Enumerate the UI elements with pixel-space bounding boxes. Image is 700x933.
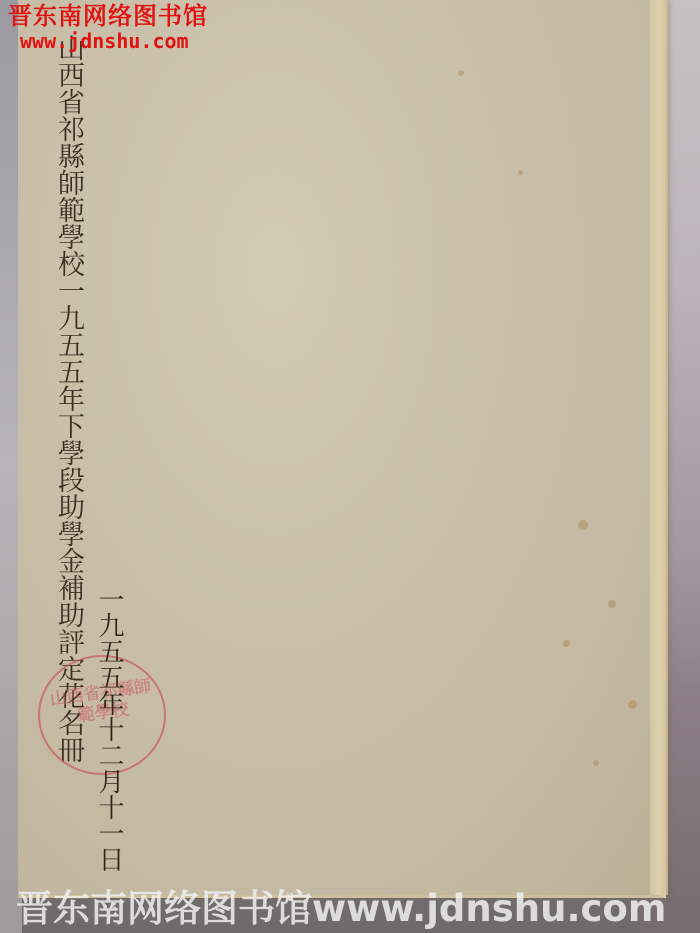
page-stack-edge — [650, 0, 668, 895]
stain — [593, 760, 599, 766]
stain — [578, 520, 588, 530]
watermark-top: 晋东南网络图书馆 www.jdnshu.com — [8, 2, 208, 52]
watermark-top-url: www.jdnshu.com — [20, 30, 208, 52]
document-title: 山西省祁縣師範學校一九五五年下學段助學金補助評定花名冊 — [44, 34, 84, 763]
watermark-bottom: 晋东南网络图书馆www.jdnshu.com — [16, 888, 700, 930]
document-date: 一九五五年十二月十一日 — [88, 586, 124, 872]
stain — [458, 70, 464, 76]
watermark-top-chinese: 晋东南网络图书馆 — [8, 2, 208, 30]
stain — [608, 600, 616, 608]
stain — [628, 700, 637, 709]
stain — [518, 170, 523, 175]
stain — [563, 640, 570, 647]
